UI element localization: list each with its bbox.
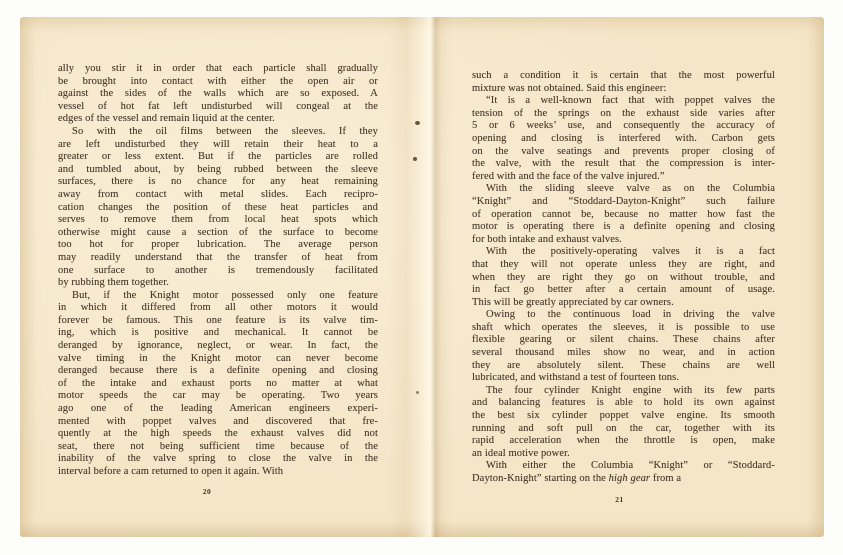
text-line: ally you stir it in order that each part… [58, 63, 378, 76]
text-line: Owing to the continuous load in driving … [472, 309, 775, 322]
scan-background: ally you stir it in order that each part… [0, 0, 843, 555]
text-line: forever be famous. This one feature is i… [58, 315, 378, 328]
text-line: mented with poppet valves and discovered… [58, 416, 378, 429]
text-line: and balancing features is able to hold i… [472, 397, 775, 410]
page-right-text: such a condition it is certain that the … [472, 70, 775, 486]
text-line: in which it differed from all other moto… [58, 302, 378, 315]
paragraph: So with the oil films between the sleeve… [58, 126, 378, 290]
paragraph: ally you stir it in order that each part… [58, 63, 378, 126]
text-line: vessel of hot fat left undisturbed will … [58, 101, 378, 114]
text-line: But, if the Knight motor possessed only … [58, 290, 378, 303]
paragraph: But, if the Knight motor possessed only … [58, 290, 378, 479]
text-line: surfaces, there is no chance for any hea… [58, 176, 378, 189]
text-line: for both intake and exhaust valves. [472, 234, 775, 247]
text-line: greater or less extent. But if the parti… [58, 151, 378, 164]
text-line: ing, which is positive and mechanical. I… [58, 327, 378, 340]
book-gutter [388, 17, 452, 537]
binding-speck [413, 157, 417, 161]
text-line: With either the Columbia “Knight” or “St… [472, 460, 775, 473]
text-line: on the valve seatings and prevents prope… [472, 146, 775, 159]
text-line: flexible gearing or silent chains. These… [472, 334, 775, 347]
text-line: running and soft pull on the car, togeth… [472, 423, 775, 436]
text-line: motor speeds the car may be operating. T… [58, 390, 378, 403]
text-line: “It is a well-known fact that with poppe… [472, 95, 775, 108]
paragraph: With either the Columbia “Knight” or “St… [472, 460, 775, 485]
text-line: are left undisturbed they will retain th… [58, 139, 378, 152]
text-line: of operation cannot be, because no matte… [472, 209, 775, 222]
text-line: motor is operating there is a definite o… [472, 221, 775, 234]
text-line: and tumbled about, by being rubbed betwe… [58, 164, 378, 177]
page-number-right: 21 [468, 495, 771, 504]
text-line: cation changes the position of these hea… [58, 202, 378, 215]
page-left-text: ally you stir it in order that each part… [58, 63, 378, 479]
text-line: opening and closing is interfered with. … [472, 133, 775, 146]
text-line: serves to remove them from local heat sp… [58, 214, 378, 227]
text-line: ago one of the leading American engineer… [58, 403, 378, 416]
book-spread: ally you stir it in order that each part… [20, 17, 824, 537]
paragraph: With the positively-operating valves it … [472, 246, 775, 309]
text-line: With the positively-operating valves it … [472, 246, 775, 259]
text-line: So with the oil films between the sleeve… [58, 126, 378, 139]
text-line: when they are right they go on without t… [472, 272, 775, 285]
text-line: deranged by ignorance, neglect, or wear.… [58, 340, 378, 353]
text-line: that they will not operate unless they a… [472, 259, 775, 272]
paragraph: Owing to the continuous load in driving … [472, 309, 775, 385]
text-line: mixture was not obtained. Said this engi… [472, 83, 775, 96]
text-line: too hot for proper lubrication. The aver… [58, 239, 378, 252]
text-line: such a condition it is certain that the … [472, 70, 775, 83]
text-line: quently at the high speeds the exhaust v… [58, 428, 378, 441]
text-line: tension of the springs on the exhaust si… [472, 108, 775, 121]
paragraph: such a condition it is certain that the … [472, 70, 775, 95]
paragraph: “It is a well-known fact that with poppe… [472, 95, 775, 183]
text-line: deranged because there is a definite ope… [58, 365, 378, 378]
binding-speck [416, 391, 419, 394]
text-line: the valve, with the result that the comp… [472, 158, 775, 171]
text-line: one surface to another is tremendously f… [58, 265, 378, 278]
paragraph: The four cylinder Knight engine with its… [472, 385, 775, 461]
text-line: With the sliding sleeve valve as on the … [472, 183, 775, 196]
text-line: by rubbing them together. [58, 277, 378, 290]
binding-speck [415, 121, 420, 125]
text-line: This will be greatly appreciated by car … [472, 297, 775, 310]
text-line: away from contact with metal slides. Eac… [58, 189, 378, 202]
text-line: several thousand miles show no wear, and… [472, 347, 775, 360]
text-line: 5 or 6 weeks’ use, and consequently the … [472, 120, 775, 133]
page-number-left: 20 [47, 487, 367, 496]
text-line: may readily understand that the transfer… [58, 252, 378, 265]
text-line: rapid acceleration when the throttle is … [472, 435, 775, 448]
text-line: against the sides of the walls which are… [58, 88, 378, 101]
text-line: “Knight” and “Stoddard-Dayton-Knight” su… [472, 196, 775, 209]
text-line: the best six cylinder poppet valve engin… [472, 410, 775, 423]
text-line: Dayton-Knight” starting on the high gear… [472, 473, 775, 486]
text-line: edges of the vessel and remain liquid at… [58, 113, 378, 126]
text-line: lubricated, and withstand a test of four… [472, 372, 775, 385]
text-line: The four cylinder Knight engine with its… [472, 385, 775, 398]
text-line: seat, there not being sufficient time be… [58, 441, 378, 454]
text-line: fered with and the face of the valve inj… [472, 171, 775, 184]
text-line: be brought into contact with either the … [58, 76, 378, 89]
text-line: an ideal motive power. [472, 448, 775, 461]
text-line: of the intake and exhaust ports no matte… [58, 378, 378, 391]
text-line: otherwise might cause a section of the s… [58, 227, 378, 240]
paragraph: With the sliding sleeve valve as on the … [472, 183, 775, 246]
text-line: shaft which operates the sleeves, it is … [472, 322, 775, 335]
text-line: they are absolutely silent. These chains… [472, 360, 775, 373]
text-line: in fact go better after a certain amount… [472, 284, 775, 297]
text-line: inability of the valve spring to close t… [58, 453, 378, 466]
text-line: interval before a cam returned to open i… [58, 466, 378, 479]
text-line: valve timing in the Knight motor can nev… [58, 353, 378, 366]
